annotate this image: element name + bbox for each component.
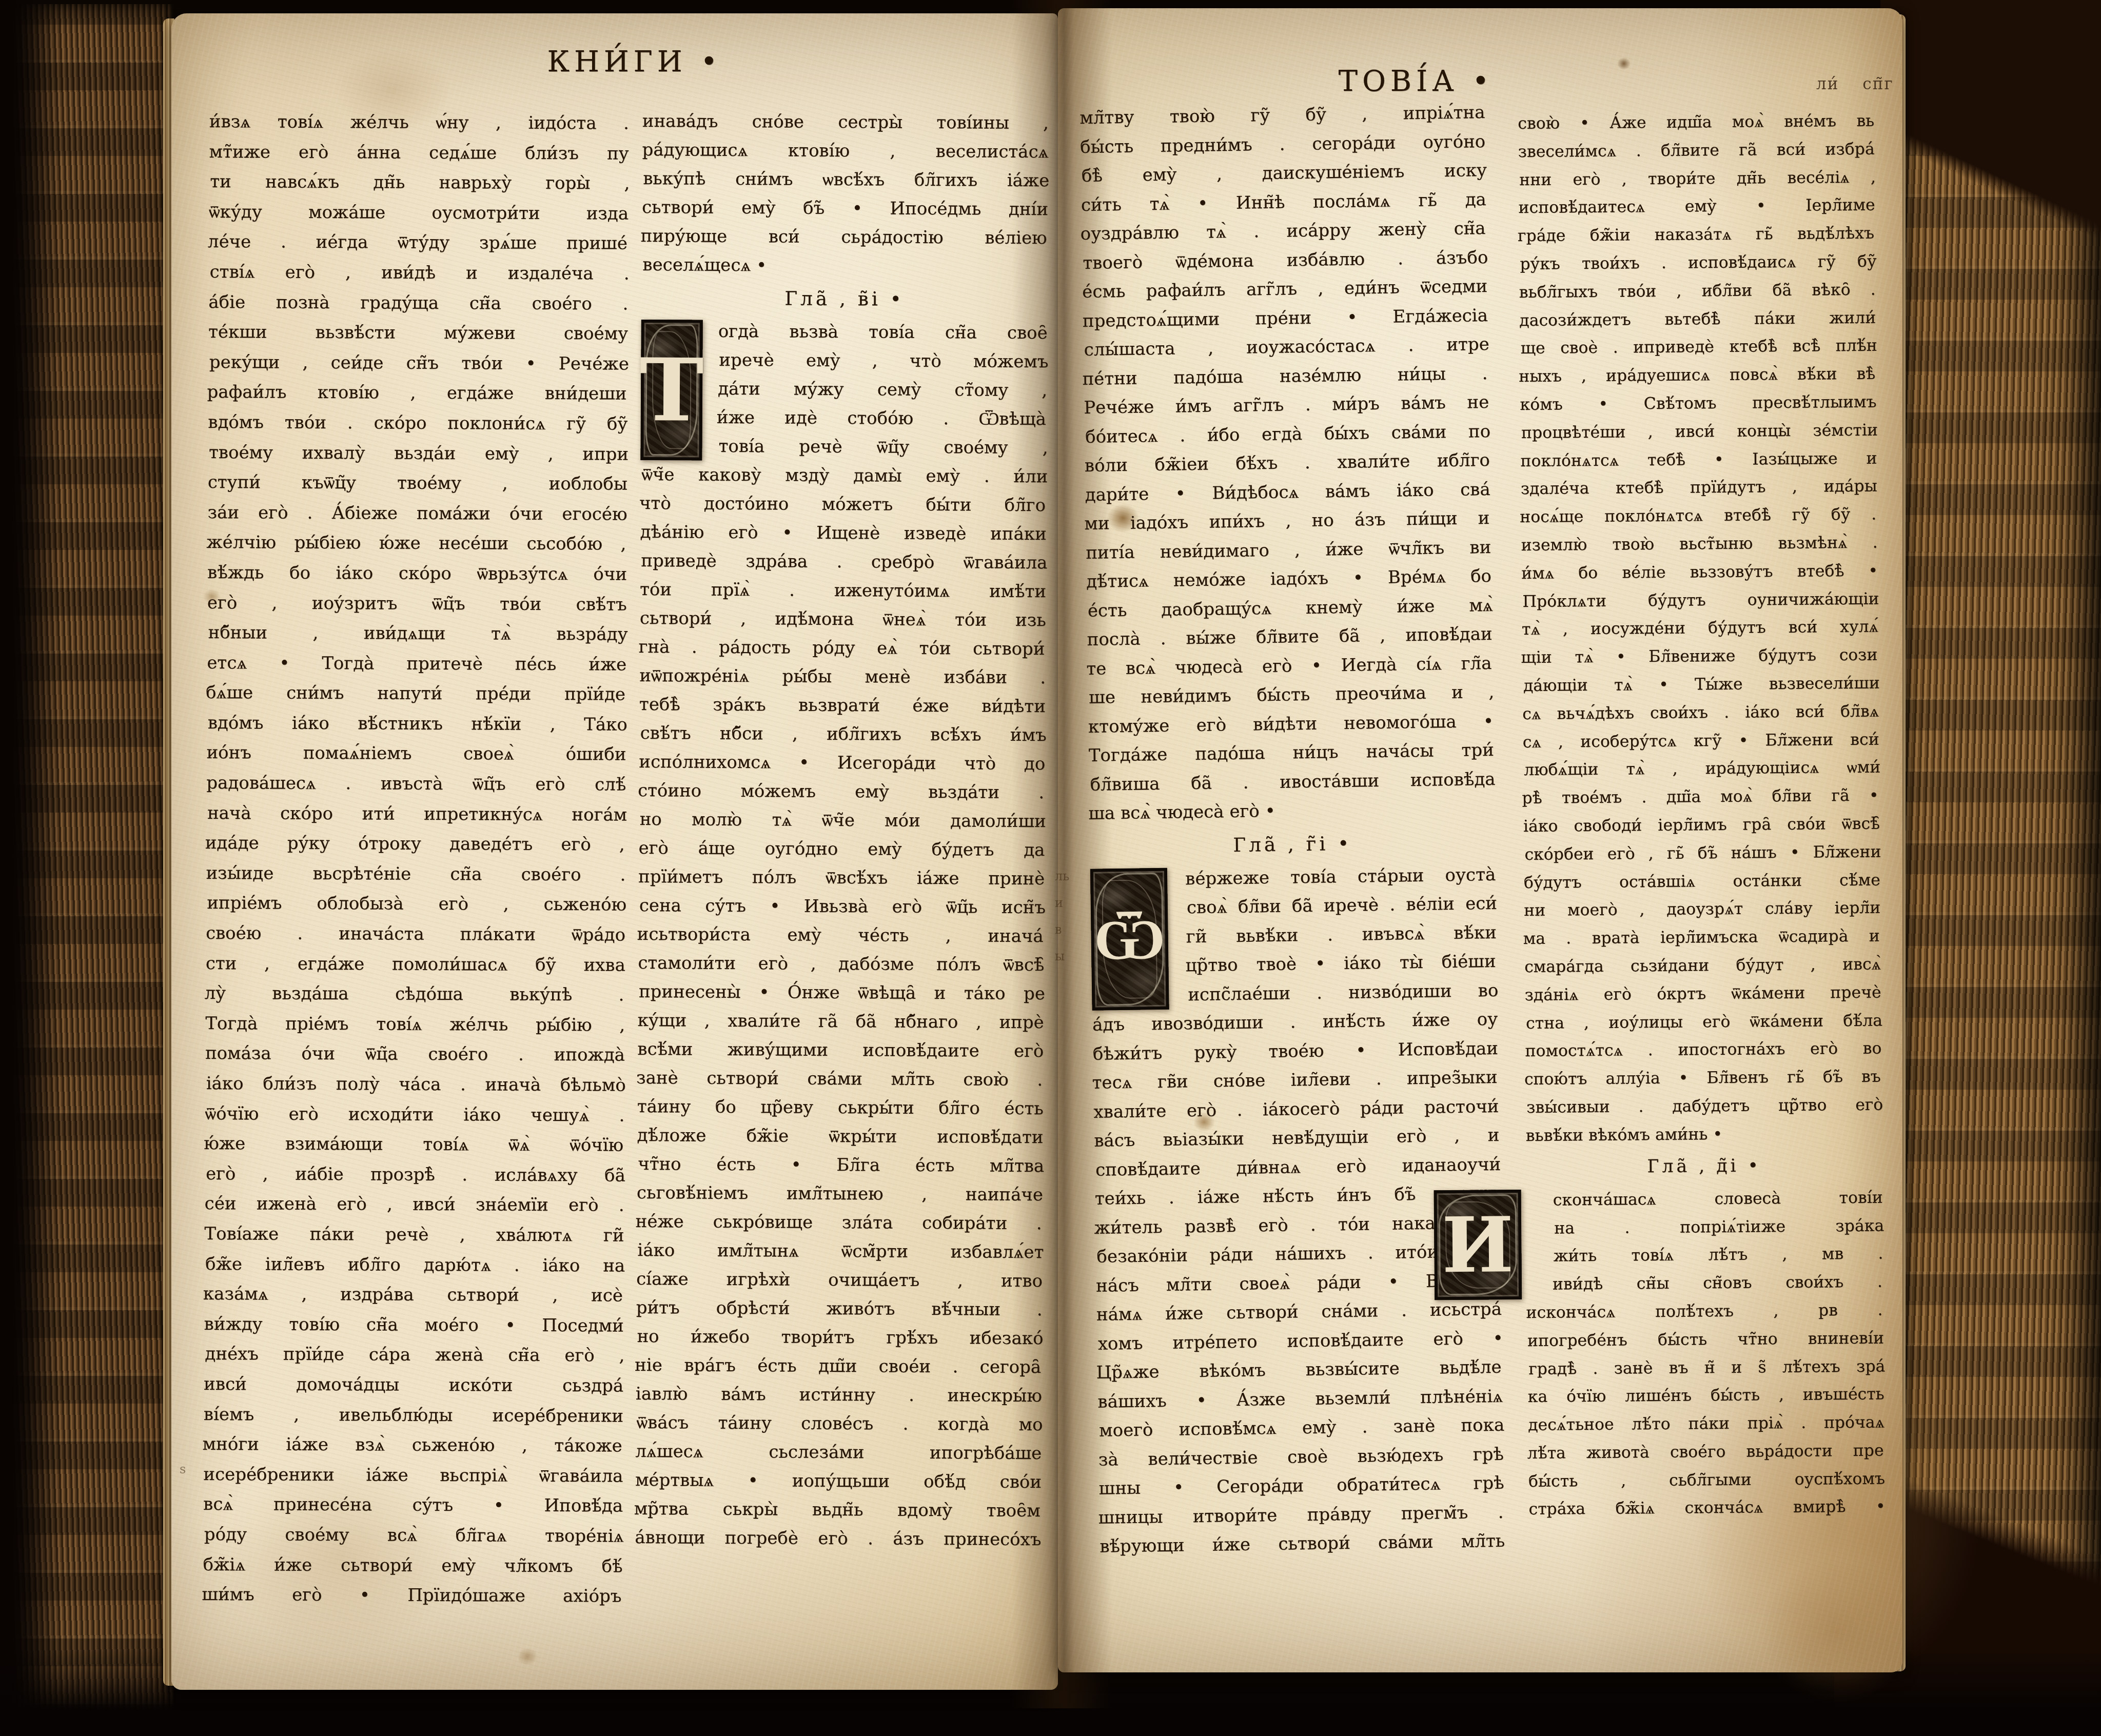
text-line: иѿпожре́ніѧ ры́бы менѐ изба́ви . (639, 661, 1046, 692)
text-line: дѣ́ложе бж̃іе ѿкры́ти исповѣ́дати (637, 1121, 1043, 1152)
text-line: іа́ко имл̃тынѧ ѿсм̃рти избавлѧ́ет (637, 1236, 1044, 1267)
text-line: десѧ́тьное лѣ́то па́ки пріѧ̀ . про́чаѧ (1528, 1409, 1884, 1439)
text-line: инава́дъ сно́ве сестры̀ тові́ины , (642, 107, 1049, 137)
text-line: вьбл̃гыхъ тво́и , ибл̃ви ба̃ вѣко̑ . (1519, 275, 1876, 306)
text-line: ги̃ вьвѣ́ки . ивъвсѧ̀ вѣ́ки (1186, 918, 1497, 952)
text-line: своѧ̀ бл̃ви ба̃ иречѐ . ве́ліи еси́ (1187, 889, 1498, 922)
background-shadow-left (0, 0, 62, 1736)
text-line: за́и его̀ . А́біеже пома́жи о́чи егосе́ю (207, 498, 627, 529)
text-line: моего̀ исповѣ́мсѧ ему̀ . занѐ пока (1099, 1411, 1505, 1446)
text-line: ю́же взима́ющи тові́ѧ ѿѧ̀ ѿо́чїю (204, 1129, 623, 1160)
text-line: спою́тъ аллу́іа • Бл̃венъ гь̃ бъ̃ въ (1524, 1063, 1881, 1094)
text-line: исьтвори́ста ему̀ че́сть , инача́ (637, 920, 1043, 951)
text-line: ка о́чїю лише́нъ бы́сть , ивъше́сть (1527, 1380, 1884, 1411)
text-line: не́же ськро́вище зла́та собира́ти . (635, 1207, 1042, 1238)
text-line: цр̃тво твоѐ • іа́ко ты̀ біе́ши (1185, 947, 1496, 980)
text-line: ще своѐ . иприведѐ ктебѣ̀ всѣ̀ плѣ́н (1520, 332, 1877, 363)
margin-mark: ль (1055, 863, 1069, 890)
text-line: бу́дутъ оста́вшіѧ оста́нки сѣ́ме (1524, 866, 1880, 897)
text-line: тѧ̀ , иосужде́ни бу́дутъ вси́ хулѧ́ (1522, 613, 1878, 644)
text-line: сповѣ́даите ди́внаѧ его̀ иданаоучи́ (1095, 1150, 1501, 1185)
text-line: ѿва́съ та́ину слове́съ . когда̀ мо (636, 1408, 1043, 1439)
text-line: ві́емъ , ивельблю́ды исере́бреники (204, 1399, 623, 1431)
text-line: здале́ча ктебѣ̀ прїи́дутъ , ида́ры (1521, 472, 1877, 503)
text-line: лу̀ вьзда́ша сѣдо́ша вьку́пѣ . (204, 978, 624, 1010)
text-line: пе́тни падо́ша назе́млю ни́цы . (1082, 359, 1488, 393)
text-line: ни моего̀ , даоузрѧ́т сла́ву іерл̃и (1524, 894, 1880, 925)
text-line: радова́шесѧ . ивъста̀ ѿц̃ъ его̀ слѣ́ (206, 768, 626, 800)
text-line: дне́хъ прїи́де са́ра жена̀ сн̃а его̀ , (205, 1339, 624, 1371)
text-line: помостѧ́тсѧ . ипостогна́хъ его̀ во (1525, 1035, 1881, 1066)
text-line: стна , иоу́лицы его̀ ѿка́мени бѣ́ла (1526, 1007, 1882, 1037)
text-line: сьтвори́ ему̀ бъ̃ • Ипосе́дмь дні́и (642, 193, 1048, 224)
text-line: то́и прїѧ̀ . иженуто́имѧ имѣ́ти (640, 575, 1046, 606)
text-line: ско́рбеи его̀ , гь̃ бъ̃ на́шъ • Бл̃жени (1524, 838, 1881, 869)
margin-mark: в (1055, 916, 1069, 943)
text-line: свѣ́тъ нб̃си , ибл̃гихъ всѣ́хъ и́мъ (640, 719, 1046, 749)
text-line: на . попріѧ́тіиже зра́ка (1554, 1212, 1884, 1242)
text-line: ѿч̃е какову̀ мзду̀ дамы̀ ему̀ . и́ли (641, 460, 1048, 491)
text-line: Про́клѧти бу́дутъ оуничижа́ющіи (1522, 585, 1879, 616)
margin-mark: и (1055, 890, 1069, 916)
text-line: ко́мъ • Свѣ́томъ пресвѣ́тлыимъ (1520, 388, 1876, 419)
text-line: чт̃но е́сть • Бл̃га е́сть мл̃тва (638, 1150, 1044, 1180)
text-line: исповѣ́даитесѧ ему̀ • Іерл̃име (1518, 191, 1875, 222)
text-line: дѣа́нію его̀ • Ищенѐ изведѐ ипа́ки (640, 518, 1047, 548)
drop-cap-initial: Т (640, 320, 702, 461)
text-line: свое́ю . инача́ста пла́кати ѿра́до (206, 918, 625, 950)
text-line: реку́щи , сеи́де сн̃ъ тво́и • Рече́же (209, 347, 629, 379)
text-line: бѧ́ше сни́мъ напути́ пре́ди прїи́де (206, 678, 625, 709)
text-line: тебѣ̀ зра́къ вьзврати́ е́же ви́дѣти (639, 690, 1046, 721)
margin-mark: ѕ (180, 1456, 186, 1483)
margin-mark: ы (1055, 943, 1069, 970)
text-line: бж̃іѧ и́же сьтвори́ ему̀ чл̃комъ бѣ́ (203, 1549, 622, 1581)
text-line: ти навсѧ́къ дн̃ь наврьху̀ горы̀ , (210, 167, 630, 199)
text-line: бж̃е іил̃евъ ибл̃го дарю́тѧ . іа́ко на (205, 1249, 625, 1281)
text-column-left-page-1: и́взѧ тові́ѧ же́лчь ѡ́ну , іидо́ста .мт̃… (203, 107, 629, 1611)
text-line: иречѐ ему̀ , что̀ мо́жемъ (719, 346, 1048, 376)
text-line: всѣ́ми живу́щими исповѣ́даите его̀ (637, 1035, 1044, 1066)
text-line: что̀ досто́ино мо́жетъ бы́ти бл̃го (639, 489, 1046, 520)
text-line: ныхъ , ира́дуешисѧ повсѧ̀ вѣ́ки вѣ̀ (1519, 360, 1875, 391)
text-line: вьвѣ́ки вѣко́мъ ами́нь • (1525, 1119, 1882, 1150)
text-line: а́внощи погребѐ его̀ . а́зъ принесо́хъ (635, 1523, 1041, 1554)
text-line: ро́ду свое́му всѧ̀ бл̃гаѧ творе́ніѧ (204, 1520, 624, 1551)
text-line: ме́ртвыѧ • иопу́щьши обѣ́д сво́и (635, 1466, 1042, 1496)
text-line: носѧ́ще покло́нѧтсѧ втебѣ̀ гу̃ бу̃ . (1520, 501, 1876, 531)
text-line: Тогда̀ пріе́мъ тові́ѧ же́лчь ры́бію , (205, 1009, 625, 1040)
text-line: гра́де бж̃іи наказа́тѧ гь̃ вьдѣ́лѣхъ (1518, 220, 1874, 250)
text-line: вѣ́рующи и́же сьтвори́ сва́ми мл̃ть (1099, 1527, 1505, 1562)
text-line: иземлю̀ твою̀ вьст̃ыню вьзмѣнѧ̀ . (1521, 528, 1877, 559)
drop-cap-initial: И (1434, 1190, 1522, 1300)
text-line: сто́ино мо́жемъ ему̀ вьзда́ти . (638, 776, 1044, 807)
text-line: ле́че . ие́гда ѿту́ду зрѧ́ше прише́ (208, 227, 627, 259)
text-line: но молю̀ тѧ̀ ѿч̃е мо́и дамоли́ши (640, 805, 1046, 836)
text-line: бѣ̀ ему̀ , даискуше́ніемъ иску (1082, 156, 1487, 191)
text-line: ипогребе́нъ бы́сть чт̃но вниневі́и (1527, 1324, 1884, 1355)
text-line: дасози́ждетъ вьтебѣ̀ па́ки жили́ (1519, 304, 1876, 334)
text-line: шницы итвори́те пра́вду прегм̃ъ . (1098, 1498, 1504, 1533)
text-line: градѣ̀ . занѐ въ н̃ и ѕ̃ лѣ́техъ зра́ (1528, 1352, 1885, 1383)
text-line: пиру́юще вси́ сьра́достію ве́ліею (641, 222, 1047, 252)
running-head-right: ТОВІ́А • (1298, 65, 1534, 98)
text-line: ра́дующисѧ ктові́ю , веселиста́сѧ (642, 135, 1048, 166)
text-line: Тові́аже па́ки речѐ , хва́лютѧ ги̃ (204, 1219, 624, 1251)
text-line: іа́ко бли́зъ полу̀ ча́са . инача̀ бѣльмо… (206, 1069, 626, 1100)
text-line: ши́мъ его̀ • Прїидо́шаже ахіо́ръ (202, 1580, 621, 1611)
chapter-heading: Гла̃ , д̃і • (1526, 1147, 1883, 1187)
text-line: ше неви́димъ бы́сть преочи́ма и , (1089, 678, 1495, 713)
folio-marks: ли́ сп̃г (1816, 75, 1894, 93)
text-line: изы́иде вьсрѣте́ніе сн̃а свое́го . (206, 858, 625, 890)
chapter-heading: Гла̃ , в̃і • (641, 279, 1048, 319)
text-line: пома́за о́чи ѿц̃а свое́го . ипожда̀ (205, 1038, 625, 1070)
drop-cap-initial: Ѿ (1090, 868, 1169, 1011)
text-line: мр̃тва ськры̀ вьдн̃ь вдому̀ твое̑м (634, 1494, 1040, 1525)
text-line: ви́жду тові́ю сн̃а мое́го • Поседми́ (204, 1309, 624, 1341)
text-line: и́мѧ бо ве́ліе вьззову́тъ втебѣ̀ • (1521, 557, 1878, 587)
text-line: лѧ́шесѧ сьслеза́ми ипогрѣба́ше (635, 1437, 1042, 1468)
text-line: приведѐ здра́ва . сребро̀ ѿгава́ила (641, 546, 1047, 577)
text-line: принесены̀ • О́нже ѿвѣща̑ и та́ко ре (639, 977, 1045, 1008)
text-line: вьку́пѣ сни́мъ ѡвсѣ́хъ бл̃гихъ іа́же (643, 164, 1049, 195)
text-line: же́лчію ры́біею ю́же несе́ши сьсобо́ю , (206, 527, 626, 559)
text-line: е́смь рафаи́лъ агг̃лъ , еди́нъ ѿседми (1082, 272, 1488, 307)
text-line: его̀ а́ще оуго́дно ему̀ бу́детъ да (638, 834, 1045, 864)
text-line: те́кши вьзвѣ́сти му́жеви свое́му (208, 317, 628, 349)
text-line: огда̀ вьзва̀ тові́а сн̃а свое̑ (718, 317, 1048, 347)
text-line: рафаи́лъ ктові́ю , егда́же вни́деши (207, 377, 626, 409)
text-line: каза́мѧ , издра́ва сьтвори́ , исѐ (203, 1279, 623, 1311)
running-head-left: КНИ́ГИ • (519, 45, 750, 78)
text-line: ша всѧ̀ чюдеса̀ его̀ • (1088, 794, 1494, 828)
text-line: вѣ́ждь бо іа́ко ско́ро ѿврьзу́тсѧ о́чи (207, 558, 627, 589)
text-line: стві́ѧ его̀ , иви́дѣ и издале́ча . (209, 257, 629, 289)
text-line: занѐ сьтвори́ сва́ми мл̃ть свою̀ . (636, 1063, 1043, 1094)
text-line: етсѧ • Тогда̀ притечѐ пе́сь и́же (207, 648, 626, 680)
text-line: мл̃тву твою̀ гу̃ бу̃ , ипріѧ́тна (1079, 98, 1485, 133)
text-line: сѧ вьчѧ́дѣхъ свои́хъ . іа́ко вси́ бл̃вѧ (1522, 697, 1879, 728)
text-line: жи́ть тові́ѧ лѣ́тъ , мв . (1553, 1240, 1883, 1271)
text-line: ри́тъ обрѣсти́ живо́тъ вѣ́чныи . (636, 1293, 1043, 1324)
quire-mark: ли́ (1816, 75, 1839, 93)
text-line: иви́дѣ сн̃ы сн̃овъ свои́хъ . (1553, 1268, 1882, 1299)
text-line: процвѣте́ши , ивси́ концы̀ зе́мстіи (1521, 416, 1878, 447)
text-line: се́и ижена̀ его̀ , ивси́ зна́емїи его̀ . (205, 1189, 624, 1220)
text-line: вдо́мъ іа́ко вѣ́стникъ нѣ́кїи , Та́ко (208, 708, 627, 740)
text-line: твое́му ихвалу̀ вьзда́и ему̀ , ипри (209, 438, 629, 469)
chapter-heading: Гла̃ , г̃і • (1090, 822, 1496, 865)
text-line: во́ли бж̃іеи бѣ́хъ . хвали́те ибл̃го (1084, 446, 1490, 481)
text-line: ми іадо́хъ ипи́хъ , но а́зъ пи́щи и (1084, 504, 1490, 539)
text-line: его̀ , иоу́зритъ ѿц̃ъ тво́и свѣ́тъ (207, 587, 627, 619)
text-line: щіи тѧ̀ • Бл̃вениже бу́дутъ сози (1521, 641, 1877, 672)
text-line: ѿо́чїю его̀ исходи́ти іа́ко чешуѧ̀ . (205, 1099, 624, 1131)
text-line: е́сть даобращу́сѧ кнему̀ и́же мѧ̀ (1087, 590, 1493, 625)
text-line: сі́аже игрѣхѝ очища́етъ , итво (636, 1265, 1043, 1295)
text-line: нб̃ныи , иви́дѧщи тѧ̀ вьзра́ду (208, 618, 627, 649)
text-line: звесели́мсѧ . бл̃вите га̃ вси́ избра́ (1518, 135, 1874, 166)
text-line: мт̃иже его̀ а́нна седѧ́ше бли́зъ пу (209, 137, 629, 169)
text-line: его̀ , иа́біе прозрѣ̀ . исла́вѧху ба̃ (206, 1159, 625, 1191)
text-line: но и́жебо твори́тъ грѣ́хъ ибезако́ (637, 1322, 1043, 1353)
text-line: сти , егда́же помоли́шасѧ бу̃ ихва (206, 949, 625, 980)
chapter-opening: Ѿве́ржеже тові́а ста́рыи оуста̀своѧ̀ бл̃… (1090, 860, 1498, 1011)
text-line: тесѧ гв̃и сно́ве іил̃еви . ипрез̃ыки (1092, 1063, 1498, 1098)
text-line: рѣ̀ твое́мъ . дш̃а моѧ̀ бл̃ви га̃ • (1522, 782, 1878, 813)
text-line: ступи́ къѿц̃у твое́му , иоблобы (208, 467, 627, 499)
text-line: веселѧ́щесѧ • (642, 250, 1049, 281)
text-line: іа́ко свободи́ іерл̃имъ гра̑ сво́и ѿвсѣ̑ (1523, 810, 1880, 840)
text-line: ѿку́ду можа́ше оусмотри́ти изда (209, 197, 629, 229)
text-line: іавлю̀ ва́мъ исти́нну . инескры́ю (636, 1379, 1042, 1410)
leather-cover-top-right (1880, 0, 2101, 328)
text-line: сѧ , исоберу́тсѧ кгу̃ • Бл̃жени вси́ (1522, 725, 1879, 756)
text-line: испс̃лае́ши . низво́диши во (1188, 976, 1499, 1010)
text-line: ніе вра́гъ е́сть дш̃и свое́и . сегора̑ (635, 1351, 1041, 1382)
text-line: и́взѧ тові́ѧ же́лчь ѡ́ну , іидо́ста . (209, 107, 629, 139)
text-line: ида́де ру́ку о́троку даведе́тъ его̀ , (205, 828, 625, 860)
text-line: ипріе́мъ облобыза̀ его̀ , сьжено́ю (207, 888, 626, 920)
text-line: ку́щи , хвали́те га̃ ба̃ нб̃наго , ипрѐ (638, 1006, 1044, 1037)
text-line: смара́гда сьзи́дани бу́дут , ивсѧ̀ (1524, 950, 1881, 981)
text-line: та́ину бо цр̃еву ськры́ти бл̃го е́сть (637, 1092, 1044, 1123)
chapter-opening: Исконча́шасѧ словеса̀ тові́ина . попріѧ́… (1526, 1183, 1883, 1299)
text-line: ма . врата̀ іерл̃имъска ѿсадира̀ и (1523, 922, 1879, 953)
text-line: а́біе позна̀ граду́ща сн̃а свое́го . (208, 287, 628, 319)
text-line: любѧ́щіи тѧ̀ , ира́дующіисѧ ѡми́ (1524, 754, 1880, 784)
text-line: и́же идѐ стобо́ю . Ѿвѣща̀ (717, 403, 1046, 433)
text-line: да́ти му́жу сему̀ ст̃ому , (718, 374, 1047, 405)
chapter-opening: Тогда̀ вьзва̀ тові́а сн̃а свое̑иречѐ ему… (640, 317, 1047, 462)
text-line: исере́бреники іа́же вьспріѧ̀ ѿгава́ила (203, 1459, 623, 1491)
text-line: ивси́ домоча́дцы иско́ти сьздра́ (204, 1369, 623, 1401)
text-line: прїи́метъ по́лъ ѿвсѣ́хъ іа́же принѐ (638, 862, 1045, 893)
text-line: стра́ха бж̃іѧ сконча́сѧ вмирѣ̀ • (1528, 1493, 1885, 1524)
text-line: нача̀ ско́ро ити́ ипретикну́сѧ нога́м (207, 798, 627, 830)
text-line: покло́нѧтсѧ тебѣ̀ • Іазы́цыже и (1520, 444, 1877, 475)
text-line: ру́къ твои́хъ . исповѣ́даисѧ гу̃ бу̃ (1520, 248, 1876, 279)
text-line: сьговѣ́ніемъ имл̃тынею , наипа́че (637, 1178, 1043, 1209)
text-line: сена су́тъ • Ивьзва̀ его̀ ѿц̃ь исн̃ъ (639, 891, 1046, 922)
text-line: зда́ніѧ его̀ о́кртъ ѿка́мени пречѐ (1524, 978, 1881, 1009)
text-line: всѧ̀ принесе́на су́тъ • Иповѣ́да (203, 1489, 623, 1521)
text-line: бо́итесѧ . и́бо егда̀ бы́хъ сва́ми по (1085, 417, 1491, 451)
text-line: ио́нъ помаѧ́ніемъ своеѧ̀ о́шиби (206, 738, 626, 770)
text-line: ве́ржеже тові́а ста́рыи оуста̀ (1185, 860, 1496, 894)
text-line: тові́а речѐ ѿц̃у свое́му , (718, 432, 1048, 462)
text-line: стамоли́ти его̀ , дабо́зме по́лъ ѿвсѣ̑ (638, 949, 1044, 979)
text-line: нни его̀ , твори́те дн̃ь весе́ліѧ , (1519, 163, 1876, 194)
text-line: сьтвори́ , идѣ́мона ѿнеѧ̀ то́и изь (640, 604, 1046, 635)
text-line: свою̀ • А́же идш̃а моѧ̀ вне́мъ вь (1518, 107, 1874, 138)
text-line: мно́ги іа́же взѧ̀ сьжено́ю , та́коже (202, 1429, 622, 1461)
text-line: твоего̀ ѿде́мона изба́влю . а́зъбо (1083, 243, 1488, 278)
text-column-right-page-2: свою̀ • А́же идш̃а моѧ̀ вне́мъ вьзвесели… (1518, 107, 1886, 1524)
margin-marks-right-page: льивы (1055, 863, 1069, 970)
text-line: Цр̃ѧже вѣко́мъ вьзвы́сите вьдѣ́ле (1096, 1353, 1502, 1388)
text-line: сконча́шасѧ словеса̀ тові́и (1553, 1183, 1882, 1214)
text-line: исконча́сѧ полѣ́техъ , рв . (1526, 1296, 1882, 1327)
text-column-left-page-2: инава́дъ сно́ве сестры̀ тові́ины ,ра́дую… (635, 107, 1049, 1554)
text-line: гна̀ . ра́дость ро́ду еѧ̀ то́и сьтвори́ (638, 633, 1045, 663)
column-number: сп̃г (1862, 75, 1893, 93)
text-line: испо́лнихомсѧ • Исегора́ди что̀ до (639, 747, 1045, 778)
margin-marks-left-page: ѕ (180, 1456, 186, 1483)
text-line: да́ющіи тѧ̀ • Ты́же вьзвесели́ши (1523, 669, 1880, 700)
text-line: бы́сть , сьбл̃гыми оуспѣ́хомъ (1528, 1465, 1885, 1495)
text-column-right-page-1: мл̃тву твою̀ гу̃ бу̃ , ипріѧ́тнабы́сть п… (1079, 98, 1505, 1562)
text-line: звы́сивыи . дабу́детъ цр̃тво его̀ (1526, 1091, 1883, 1121)
text-line: вдо́мъ тво́и . ско́ро поклони́сѧ гу̃ бу̃ (208, 407, 627, 439)
text-line: лѣ́та живота̀ свое́го вьра́дости пре (1527, 1436, 1883, 1467)
